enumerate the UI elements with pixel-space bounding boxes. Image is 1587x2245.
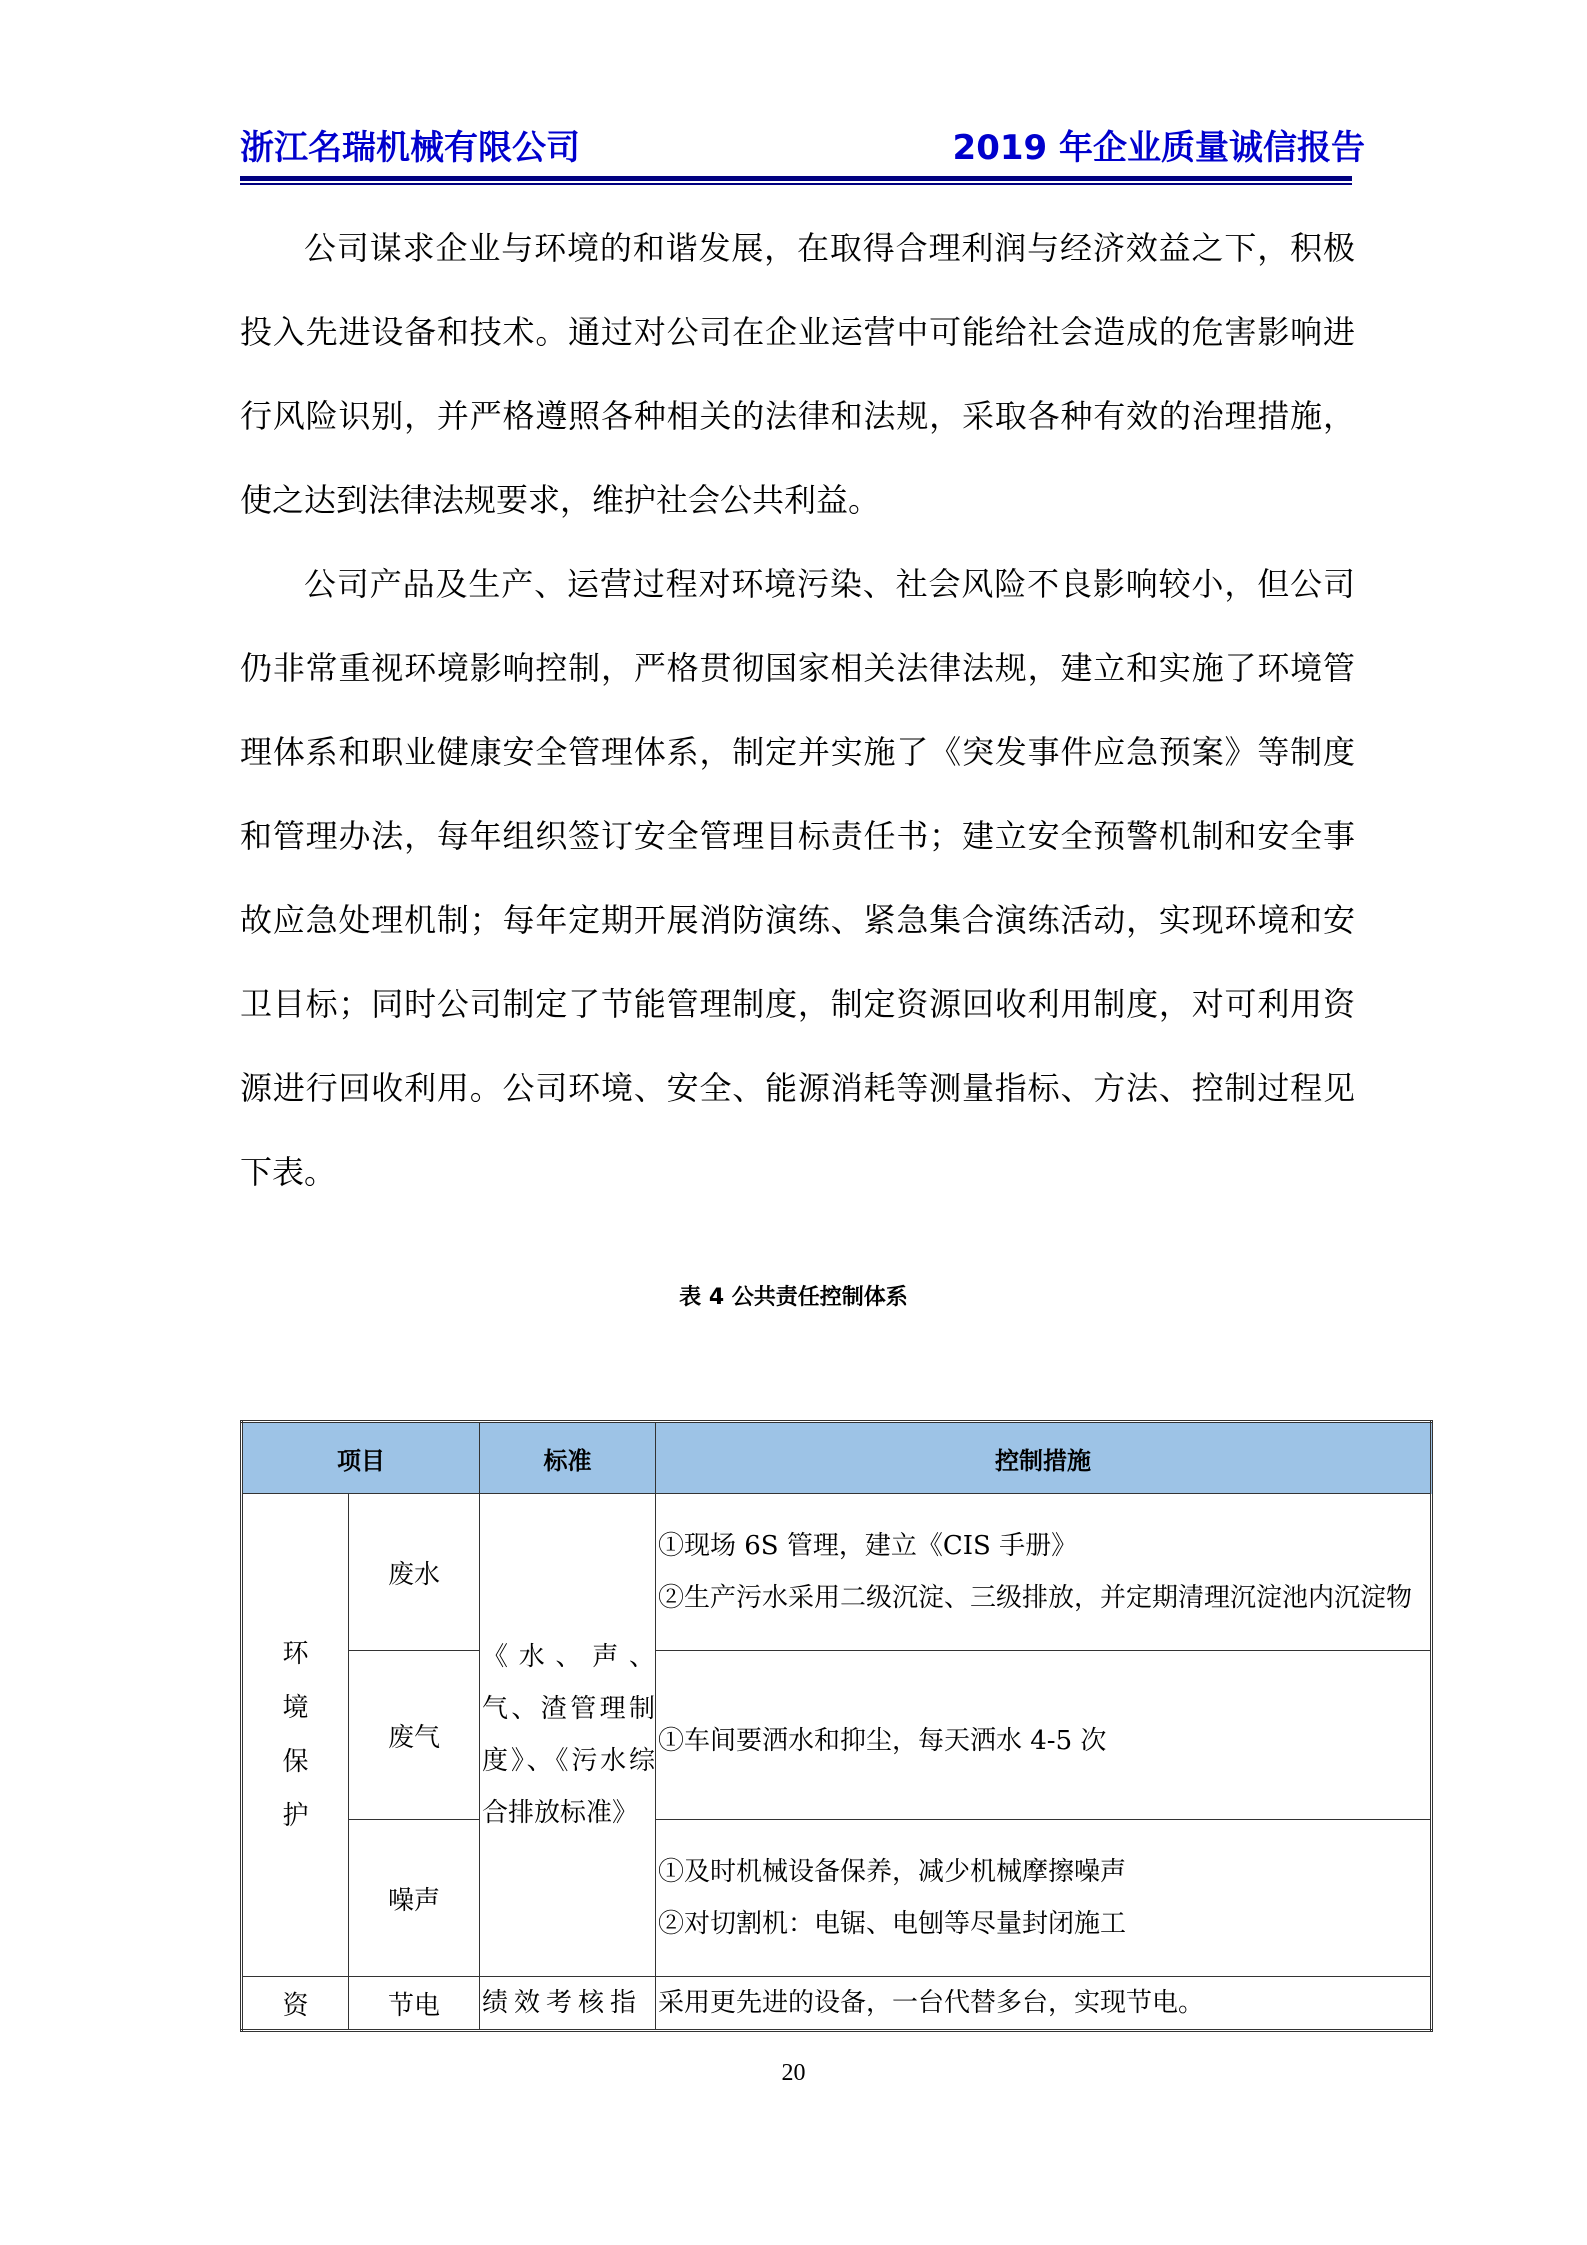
measure-line: 采用更先进的设备，一台代替多台，实现节电。	[658, 1977, 1430, 2029]
header-rule-thick	[240, 176, 1352, 181]
table-row: 废气 ①车间要洒水和抑尘，每天洒水 4-5 次	[242, 1651, 1432, 1820]
sub-item-cell: 废气	[349, 1651, 480, 1820]
public-responsibility-table: 项目 标准 控制措施 环境保护 废水 《水、声、气、渣管理制度》、《污水综合排放…	[240, 1420, 1433, 2032]
table-caption: 表 4 公共责任控制体系	[0, 1280, 1587, 1311]
paragraph: 公司谋求企业与环境的和谐发展，在取得合理利润与经济效益之下，积极投入先进设备和技…	[240, 206, 1355, 542]
measure-line: ②生产污水采用二级沉淀、三级排放，并定期清理沉淀池内沉淀物	[658, 1572, 1430, 1624]
header-rule-thin	[240, 183, 1352, 185]
header-measures: 控制措施	[656, 1422, 1432, 1494]
category-label: 环境保护	[283, 1627, 309, 1843]
table-row: 资 节电 绩效考核指 采用更先进的设备，一台代替多台，实现节电。	[242, 1977, 1432, 2031]
standard-cell: 《水、声、气、渣管理制度》、《污水综合排放标准》	[480, 1494, 656, 1977]
page-header: 浙江名瑞机械有限公司 2019 年企业质量诚信报告	[240, 118, 1365, 178]
table-row: 环境保护 废水 《水、声、气、渣管理制度》、《污水综合排放标准》 ①现场 6S …	[242, 1494, 1432, 1651]
body-text: 公司谋求企业与环境的和谐发展，在取得合理利润与经济效益之下，积极投入先进设备和技…	[240, 206, 1355, 1214]
sub-item-cell: 节电	[349, 1977, 480, 2031]
measure-line: ①及时机械设备保养，减少机械摩擦噪声	[658, 1846, 1430, 1898]
standard-cell: 绩效考核指	[480, 1977, 656, 2031]
measures-cell: ①现场 6S 管理，建立《CIS 手册》 ②生产污水采用二级沉淀、三级排放，并定…	[656, 1494, 1432, 1651]
header-standard: 标准	[480, 1422, 656, 1494]
sub-item-cell: 废水	[349, 1494, 480, 1651]
table-header-row: 项目 标准 控制措施	[242, 1422, 1432, 1494]
sub-item-cell: 噪声	[349, 1820, 480, 1977]
measure-line: ①现场 6S 管理，建立《CIS 手册》	[658, 1520, 1430, 1572]
measure-line: ①车间要洒水和抑尘，每天洒水 4-5 次	[658, 1715, 1430, 1767]
measures-cell: ①及时机械设备保养，减少机械摩擦噪声 ②对切割机：电锯、电刨等尽量封闭施工	[656, 1820, 1432, 1977]
category-cell: 资	[242, 1977, 349, 2031]
category-cell: 环境保护	[242, 1494, 349, 1977]
measures-cell: ①车间要洒水和抑尘，每天洒水 4-5 次	[656, 1651, 1432, 1820]
page-number: 20	[0, 2060, 1587, 2087]
paragraph: 公司产品及生产、运营过程对环境污染、社会风险不良影响较小，但公司仍非常重视环境影…	[240, 542, 1355, 1214]
measures-cell: 采用更先进的设备，一台代替多台，实现节电。	[656, 1977, 1432, 2031]
measure-line: ②对切割机：电锯、电刨等尽量封闭施工	[658, 1898, 1430, 1950]
report-title: 2019 年企业质量诚信报告	[953, 118, 1365, 178]
table-row: 噪声 ①及时机械设备保养，减少机械摩擦噪声 ②对切割机：电锯、电刨等尽量封闭施工	[242, 1820, 1432, 1977]
header-item: 项目	[242, 1422, 480, 1494]
company-name: 浙江名瑞机械有限公司	[240, 118, 580, 178]
